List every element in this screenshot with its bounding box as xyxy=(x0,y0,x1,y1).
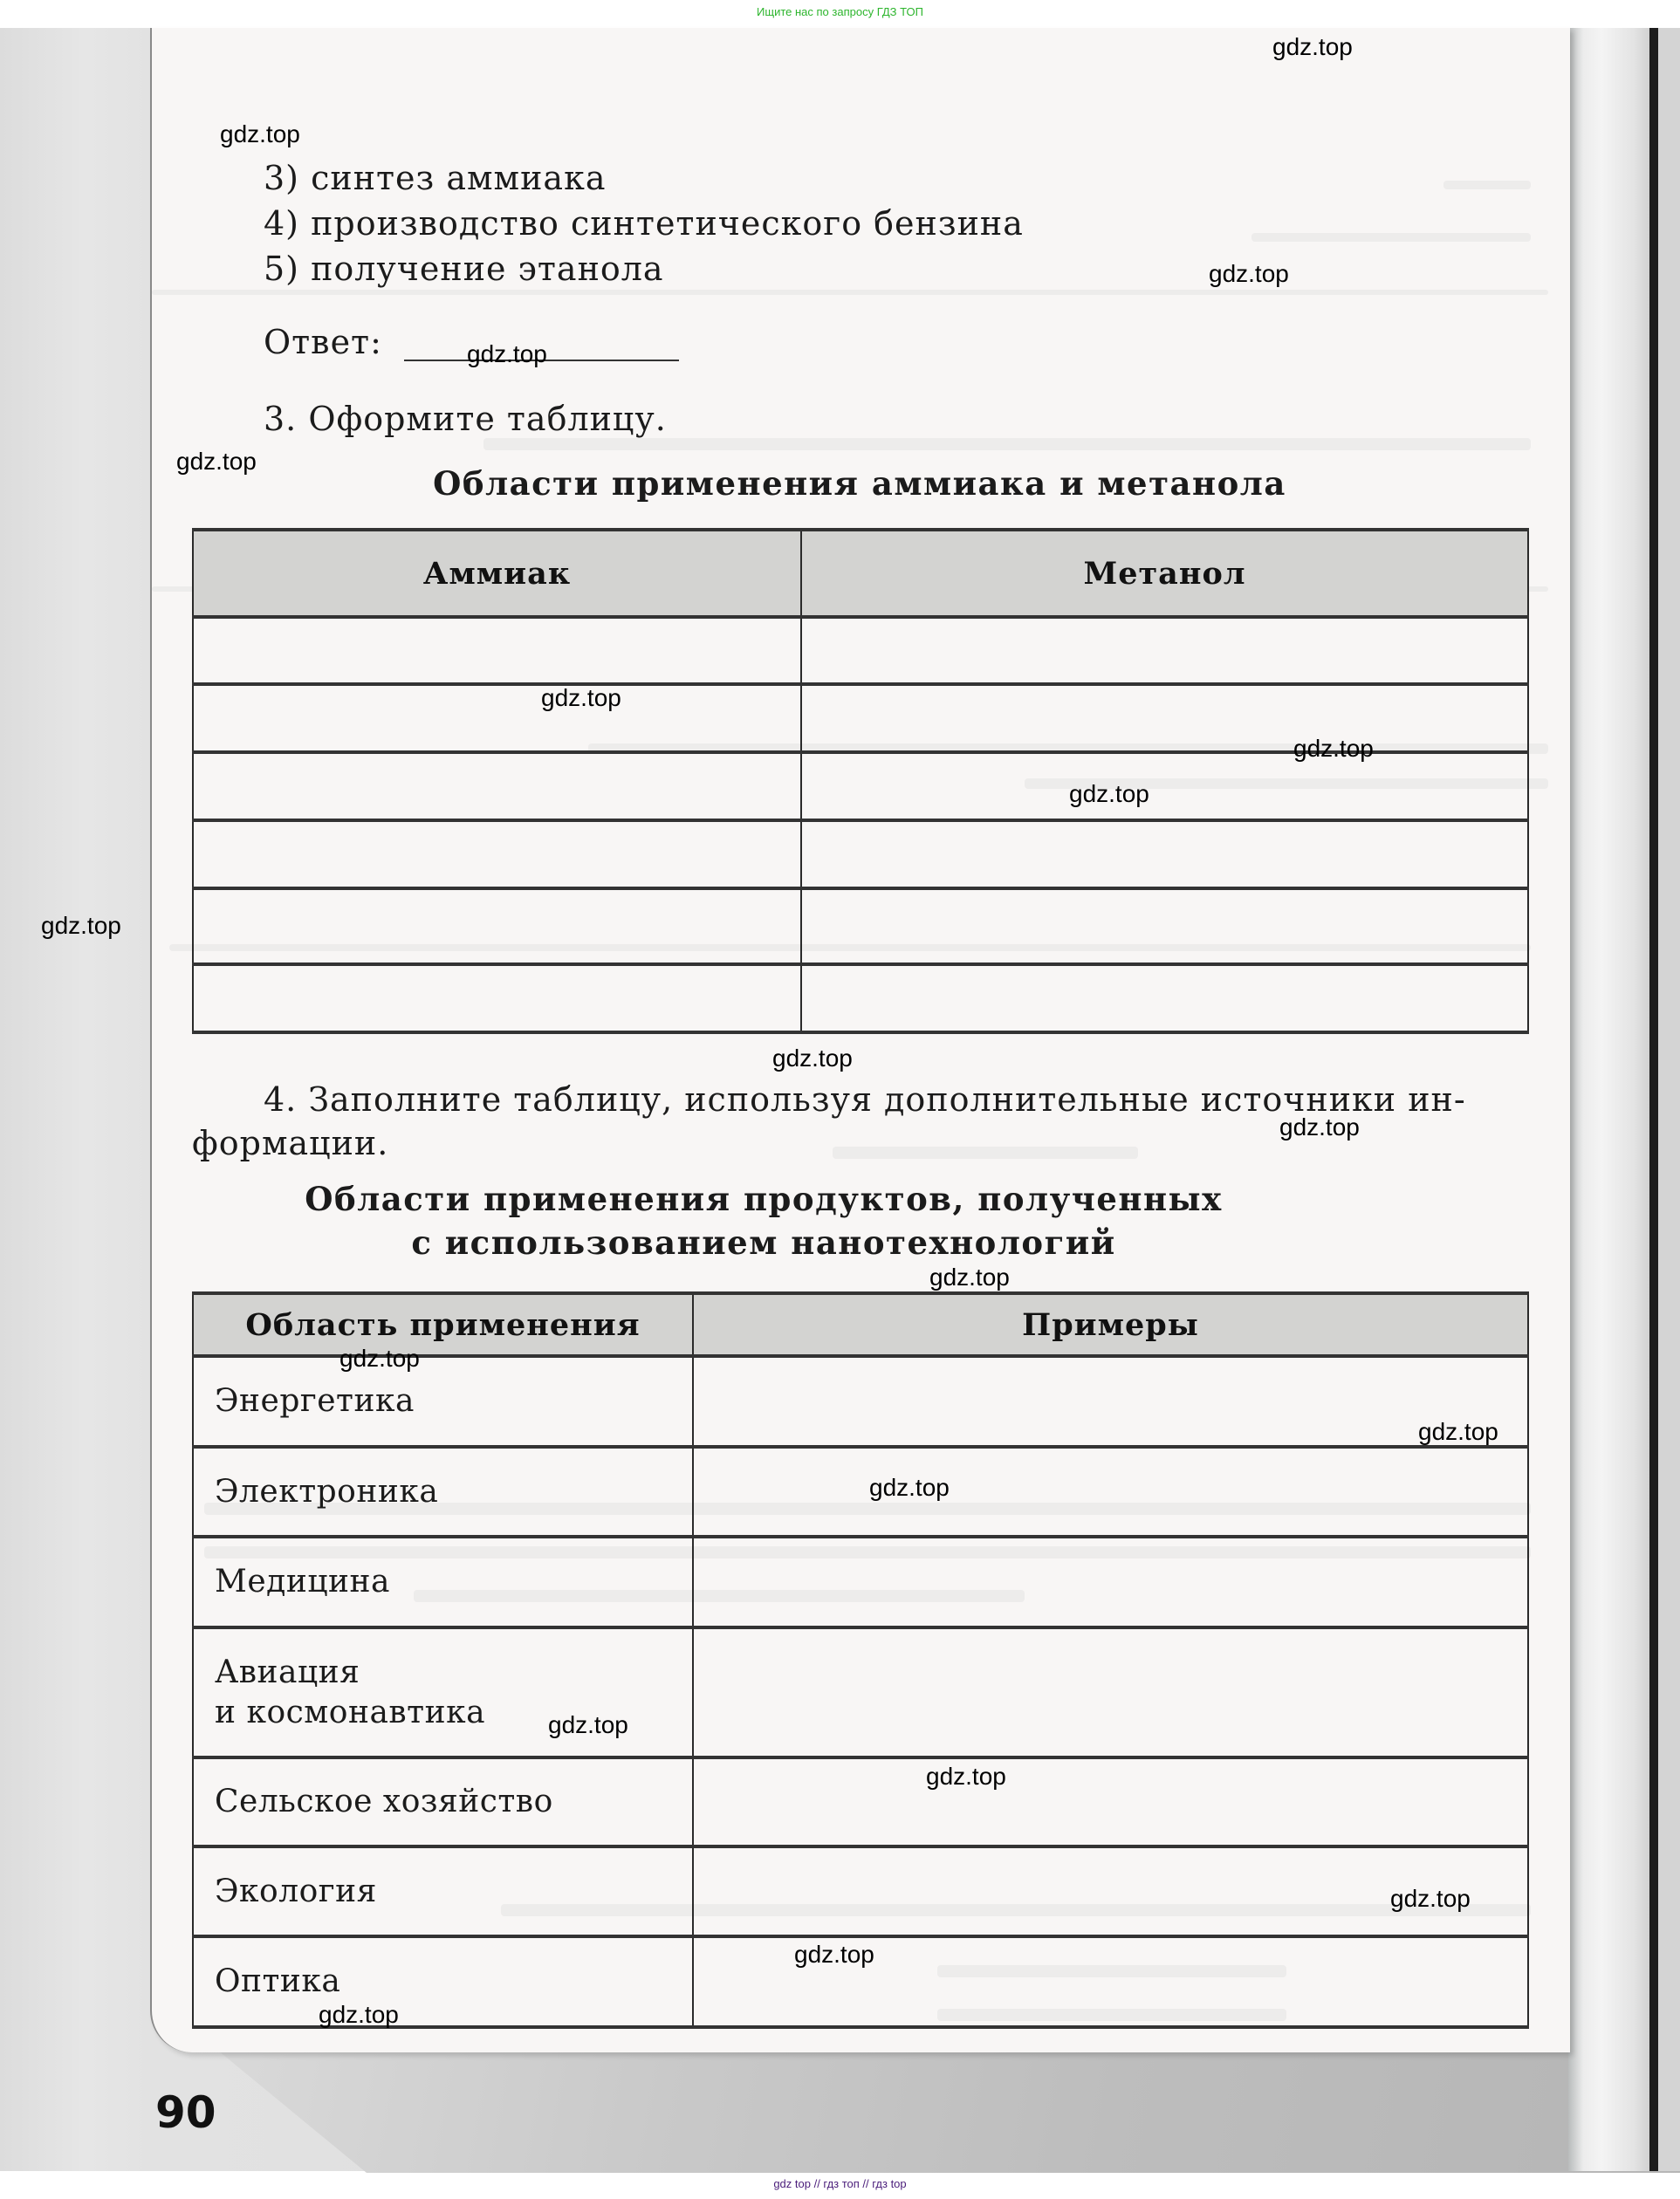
page-shadow xyxy=(218,2051,1680,2173)
watermark: gdz.top xyxy=(1069,780,1149,808)
watermark: gdz.top xyxy=(1209,260,1289,288)
ammonia-cell[interactable] xyxy=(193,888,801,964)
watermark: gdz.top xyxy=(929,1264,1010,1291)
watermark: gdz.top xyxy=(220,120,300,148)
search-banner: Ищите нас по запросу ГДЗ ТОП xyxy=(0,0,1680,28)
task4-table-title-line2: с использованием нанотехнологий xyxy=(192,1223,1335,1262)
application-area-cell: Медицина xyxy=(193,1537,693,1627)
watermark: gdz.top xyxy=(772,1045,853,1072)
application-area-cell: Оптика xyxy=(193,1936,693,2027)
task3-prompt: 3. Оформите таблицу. xyxy=(264,400,667,438)
header-methanol: Метанол xyxy=(801,530,1528,617)
watermark: gdz.top xyxy=(1418,1418,1498,1446)
nanotech-applications-table: Область применения Примеры ЭнергетикаЭле… xyxy=(192,1291,1529,2029)
book-spine xyxy=(1649,28,1658,2171)
application-area-cell: Экология xyxy=(193,1846,693,1936)
table-row: Экология xyxy=(193,1846,1528,1936)
watermark: gdz.top xyxy=(339,1345,420,1373)
next-page-edge xyxy=(1658,28,1680,2171)
methanol-cell[interactable] xyxy=(801,964,1528,1032)
watermark: gdz.top xyxy=(1279,1113,1360,1141)
watermark: gdz.top xyxy=(548,1711,628,1739)
methanol-cell[interactable] xyxy=(801,820,1528,888)
footer-banner: gdz top // гдз топ // гдз top xyxy=(0,2173,1680,2199)
task3-table-title: Области применения аммиака и метанола xyxy=(192,464,1527,503)
ammonia-cell[interactable] xyxy=(193,820,801,888)
application-area-cell: Энергетика xyxy=(193,1356,693,1447)
table-row xyxy=(193,888,1528,964)
watermark: gdz.top xyxy=(541,684,621,712)
task4-table-title-line1: Области применения продуктов, полученных xyxy=(192,1180,1335,1218)
methanol-cell[interactable] xyxy=(801,752,1528,820)
watermark: gdz.top xyxy=(1293,735,1374,763)
examples-cell[interactable] xyxy=(693,1447,1528,1537)
watermark: gdz.top xyxy=(1272,33,1353,61)
watermark: gdz.top xyxy=(467,340,547,368)
table-row: Сельское хозяйство xyxy=(193,1757,1528,1846)
watermark: gdz.top xyxy=(926,1763,1006,1791)
methanol-cell[interactable] xyxy=(801,888,1528,964)
application-area-cell: Сельское хозяйство xyxy=(193,1757,693,1846)
header-application-area: Область применения xyxy=(193,1293,693,1356)
list-item-3: 3) синтез аммиака xyxy=(264,159,607,197)
task4-prompt-line2: формации. xyxy=(192,1124,388,1162)
ammonia-cell[interactable] xyxy=(193,752,801,820)
ammonia-cell[interactable] xyxy=(193,617,801,684)
watermark: gdz.top xyxy=(176,448,257,476)
watermark: gdz.top xyxy=(869,1474,950,1502)
watermark: gdz.top xyxy=(1390,1885,1471,1913)
table-row: Медицина xyxy=(193,1537,1528,1627)
table-row xyxy=(193,964,1528,1032)
watermark: gdz.top xyxy=(794,1941,874,1969)
watermark: gdz.top xyxy=(319,2001,399,2029)
page-number: 90 xyxy=(155,2087,216,2138)
table-row xyxy=(193,617,1528,684)
application-area-cell: Электроника xyxy=(193,1447,693,1537)
table-row: Авиация и космонавтика xyxy=(193,1627,1528,1757)
ammonia-cell[interactable] xyxy=(193,964,801,1032)
methanol-cell[interactable] xyxy=(801,684,1528,752)
answer-label: Ответ: xyxy=(264,323,382,361)
examples-cell[interactable] xyxy=(693,1627,1528,1757)
table-row xyxy=(193,820,1528,888)
header-examples: Примеры xyxy=(693,1293,1528,1356)
header-ammonia: Аммиак xyxy=(193,530,801,617)
table-row: Электроника xyxy=(193,1447,1528,1537)
list-item-4: 4) производство синтетического бензина xyxy=(264,204,1024,243)
examples-cell[interactable] xyxy=(693,1356,1528,1447)
page-curl xyxy=(1568,28,1651,2171)
examples-cell[interactable] xyxy=(693,1537,1528,1627)
ammonia-cell[interactable] xyxy=(193,684,801,752)
examples-cell[interactable] xyxy=(693,1757,1528,1846)
methanol-cell[interactable] xyxy=(801,617,1528,684)
watermark: gdz.top xyxy=(41,912,121,940)
ammonia-methanol-table: Аммиак Метанол xyxy=(192,528,1529,1034)
list-item-5: 5) получение этанола xyxy=(264,250,664,288)
